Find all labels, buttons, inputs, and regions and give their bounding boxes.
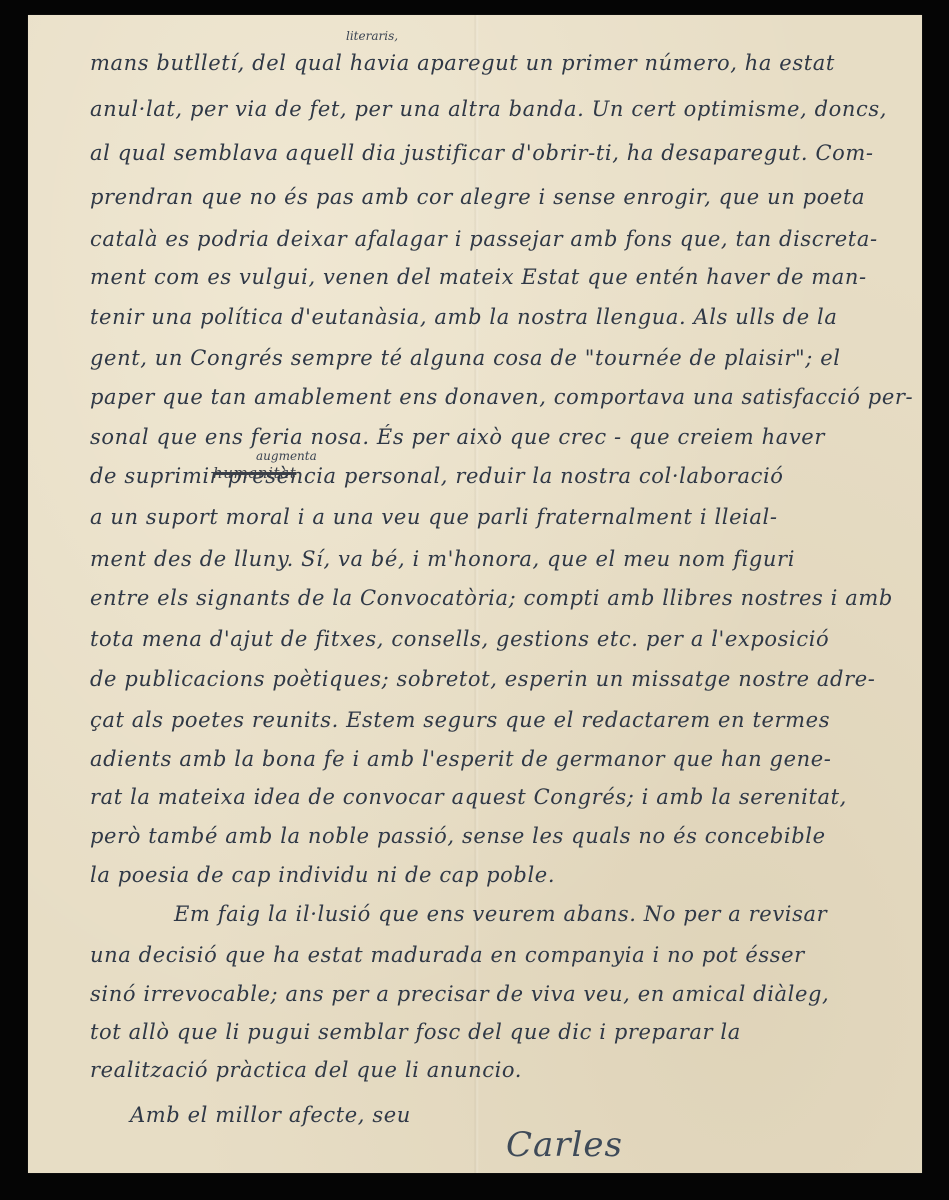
letter-line-26: realització pràctica del que li anuncio. bbox=[90, 1058, 522, 1082]
letter-line-20: però també amb la noble passió, sense le… bbox=[90, 824, 826, 848]
letter-line-17: çat als poetes reunits. Estem segurs que… bbox=[90, 708, 830, 732]
letter-line-15: tota mena d'ajut de fitxes, consells, ge… bbox=[90, 627, 829, 651]
letter-line-10: sonal que ens feria nosa. És per això qu… bbox=[90, 425, 825, 449]
letter-line-3: al qual semblava aquell dia justificar d… bbox=[90, 141, 874, 165]
letter-line-14: entre els signants de la Convocatòria; c… bbox=[90, 586, 893, 610]
letter-line-8: gent, un Congrés sempre té alguna cosa d… bbox=[90, 346, 841, 370]
letter-line-5: català es podria deixar afalagar i passe… bbox=[90, 227, 878, 251]
letter-line-16: de publicacions poètiques; sobretot, esp… bbox=[90, 667, 875, 691]
letter-line-6: ment com es vulgui, venen del mateix Est… bbox=[90, 265, 867, 289]
letter-line-18: adients amb la bona fe i amb l'esperit d… bbox=[90, 747, 831, 771]
letter-line-22: Em faig la il·lusió que ens veurem abans… bbox=[174, 902, 827, 926]
letter-line-23: una decisió que ha estat madurada en com… bbox=[90, 943, 805, 967]
letter-line-12: a un suport moral i a una veu que parli … bbox=[90, 505, 778, 529]
letter-line-7: tenir una política d'eutanàsia, amb la n… bbox=[90, 305, 837, 329]
letter-line-24: sinó irrevocable; ans per a precisar de … bbox=[90, 982, 829, 1006]
insertion-literaris: literaris, bbox=[346, 29, 398, 43]
letter-closing: Amb el millor afecte, seu bbox=[130, 1103, 411, 1127]
scanned-letter-page: literaris, mans butlletí, del qual havia… bbox=[0, 0, 949, 1200]
letter-line-4: prendran que no és pas amb cor alegre i … bbox=[90, 185, 865, 209]
letter-line-13: ment des de lluny. Sí, va bé, i m'honora… bbox=[90, 547, 795, 571]
insertion-augmenta: augmenta bbox=[256, 449, 317, 463]
letter-line-21: la poesia de cap individu ni de cap pobl… bbox=[90, 863, 555, 887]
struck-out-word: humanitat bbox=[213, 464, 296, 482]
letter-line-1: mans butlletí, del qual havia aparegut u… bbox=[90, 51, 835, 75]
letter-line-19: rat la mateixa idea de convocar aquest C… bbox=[90, 785, 847, 809]
letter-line-11: de suprimir presència personal, reduir l… bbox=[90, 464, 784, 488]
letter-line-2: anul·lat, per via de fet, per una altra … bbox=[90, 97, 887, 121]
letter-line-25: tot allò que li pugui semblar fosc del q… bbox=[90, 1020, 741, 1044]
letter-paper: literaris, mans butlletí, del qual havia… bbox=[28, 15, 922, 1173]
letter-signature: Carles bbox=[506, 1125, 623, 1165]
letter-line-9: paper que tan amablement ens donaven, co… bbox=[90, 385, 913, 409]
